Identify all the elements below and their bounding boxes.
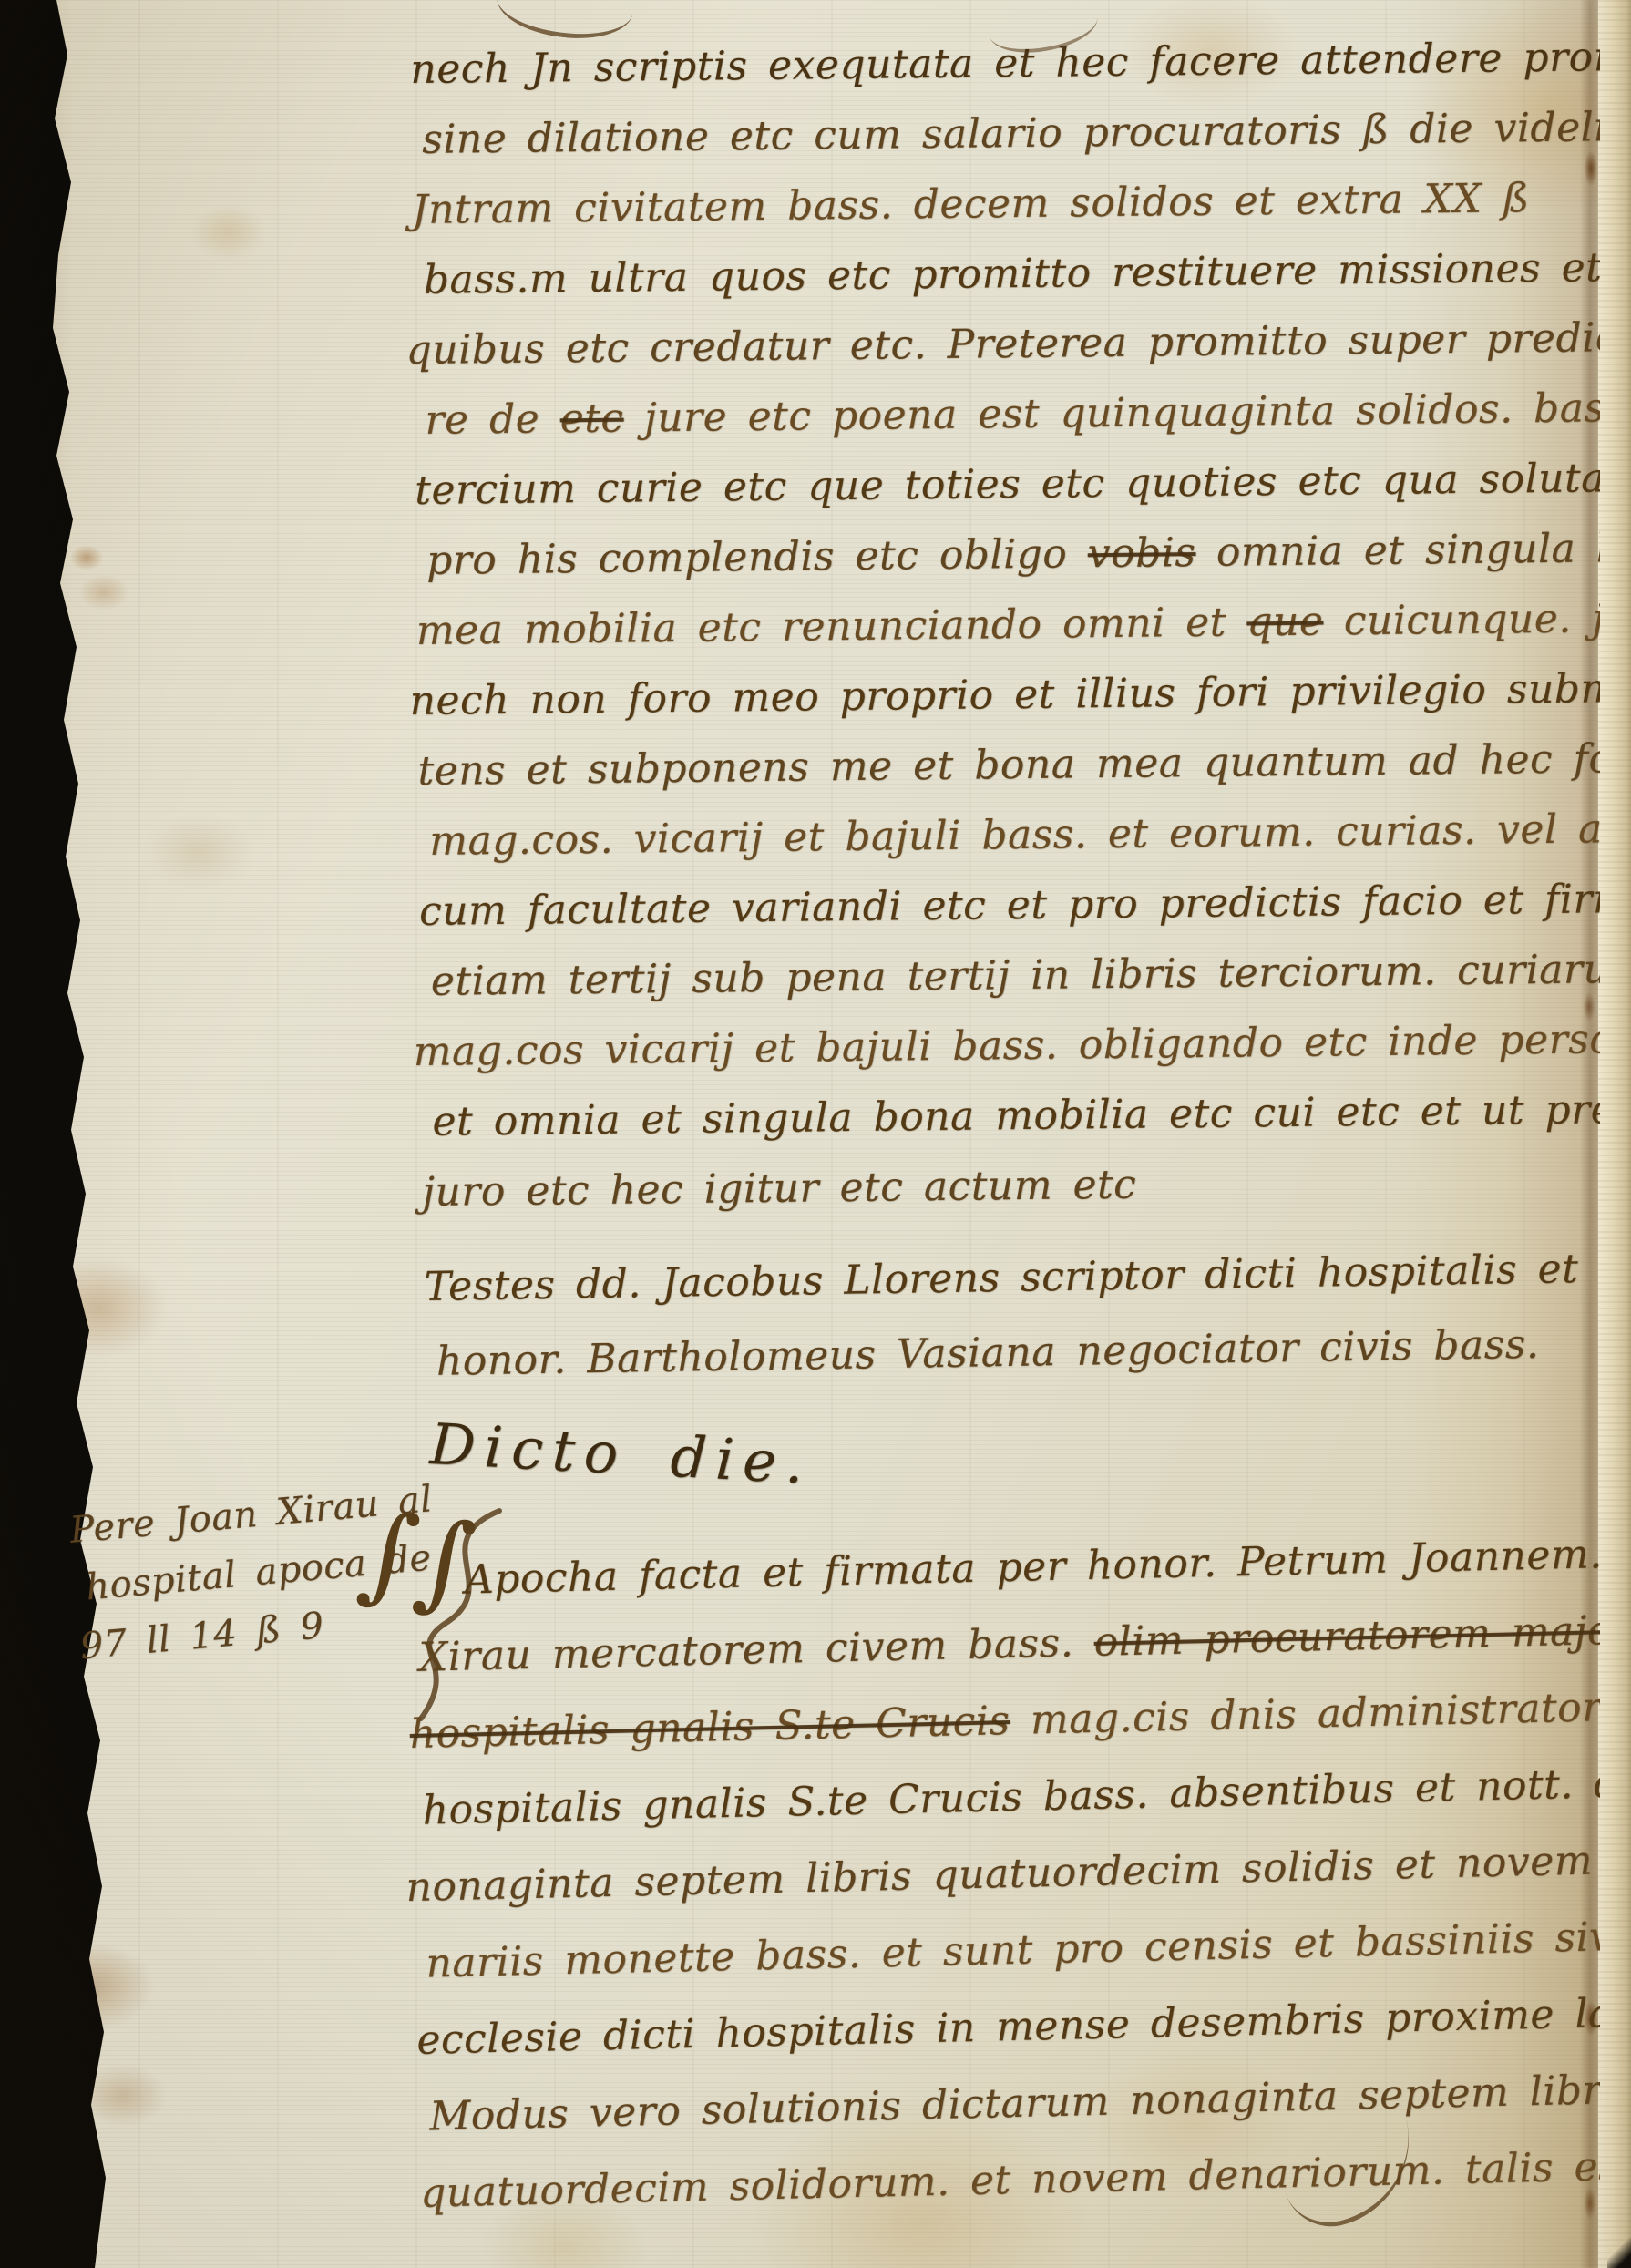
text-segment: nonaginta septem libris quatuordecim sol… xyxy=(405,1835,1600,1911)
text-segment: quatuordecim solidorum. et novem denario… xyxy=(420,2143,1600,2217)
text-segment: cuicunque. juri etc xyxy=(1344,594,1600,645)
struck-text: olim procuratorem majorem xyxy=(1093,1606,1600,1666)
text-segment: honor. Bartholomeus Vasiana negociator c… xyxy=(436,1321,1540,1385)
text-segment: nariis monette bass. et sunt pro censis … xyxy=(426,1910,1600,1986)
text-segment: quibus etc credatur etc. Preterea promit… xyxy=(405,312,1600,374)
text-segment: mag.cis dnis administratoribus xyxy=(1030,1682,1600,1743)
text-segment: nech non foro meo proprio et illius fori… xyxy=(409,665,1600,724)
text-segment: 97 ll 14 ß 9 xyxy=(78,1605,325,1668)
text-segment: omnia et singula bona xyxy=(1216,524,1600,576)
text-segment: Modus vero solutionis dictarum nonaginta… xyxy=(429,2065,1600,2140)
apocha-entry-text: Apocha facta et firmata per honor. Petru… xyxy=(405,1513,1600,2232)
text-segment: mag.cos vicarij et bajuli bass. obligand… xyxy=(413,1015,1600,1075)
text-segment: re de xyxy=(425,396,539,444)
text-segment: Xirau mercatorem civem bass. xyxy=(418,1619,1073,1680)
text-segment: mea mobilia etc renunciando omni et xyxy=(416,600,1226,654)
text-segment: nech Jn scriptis exequtata et hec facere… xyxy=(410,33,1600,93)
text-segment: tens et subponens me et bona mea quantum… xyxy=(417,735,1600,795)
text-segment: etiam tertij sub pena tertij in libris t… xyxy=(431,943,1600,1004)
text-segment: pro his complendis etc obligo xyxy=(426,530,1068,583)
struck-text: vobis xyxy=(1087,529,1195,577)
text-segment: ecclesie dicti hospitalis in mense desem… xyxy=(416,1988,1600,2064)
text-segment: et omnia et singula bona mobilia etc cui… xyxy=(432,1084,1600,1145)
binding-corner xyxy=(1607,2237,1631,2268)
text-segment: Jntram civitatem bass. decem solidos et … xyxy=(412,175,1530,233)
struck-text: que xyxy=(1246,599,1324,646)
struck-text: etc xyxy=(559,395,623,443)
manuscript-text-layer: nech Jn scriptis exequtata et hec facere… xyxy=(0,0,1600,2268)
text-segment: cum facultate variandi etc et pro predic… xyxy=(419,875,1600,935)
text-segment: juro etc hec igitur etc actum etc xyxy=(422,1162,1137,1216)
text-segment: Testes dd. Jacobus Llorens scriptor dict… xyxy=(424,1246,1578,1310)
text-segment: sine dilatione etc cum salario procurato… xyxy=(422,102,1600,163)
text-segment: mag.cos. vicarij et bajuli bass. et eoru… xyxy=(429,804,1600,865)
next-page-edge xyxy=(1598,0,1631,2268)
text-segment: bass.m ultra quos etc promitto restituer… xyxy=(424,242,1600,303)
witness-clause: Testes dd. Jacobus Llorens scriptor dict… xyxy=(424,1232,1580,1400)
entry-heading: Dicto die. xyxy=(428,1411,814,1497)
text-segment: jure etc poena est quinquaginta solidos.… xyxy=(644,383,1600,441)
body-text: nech Jn scriptis exequtata et hec facere… xyxy=(410,17,1600,1227)
text-segment: hospitalis gnalis S.te Crucis bass. abse… xyxy=(422,1760,1600,1833)
struck-text: hospitalis gnalis S.te Crucis xyxy=(409,1698,1010,1758)
text-segment: tercium curie etc que toties etc quoties… xyxy=(415,450,1600,514)
text-segment: Apocha facta et firmata per honor. Petru… xyxy=(464,1531,1600,1603)
